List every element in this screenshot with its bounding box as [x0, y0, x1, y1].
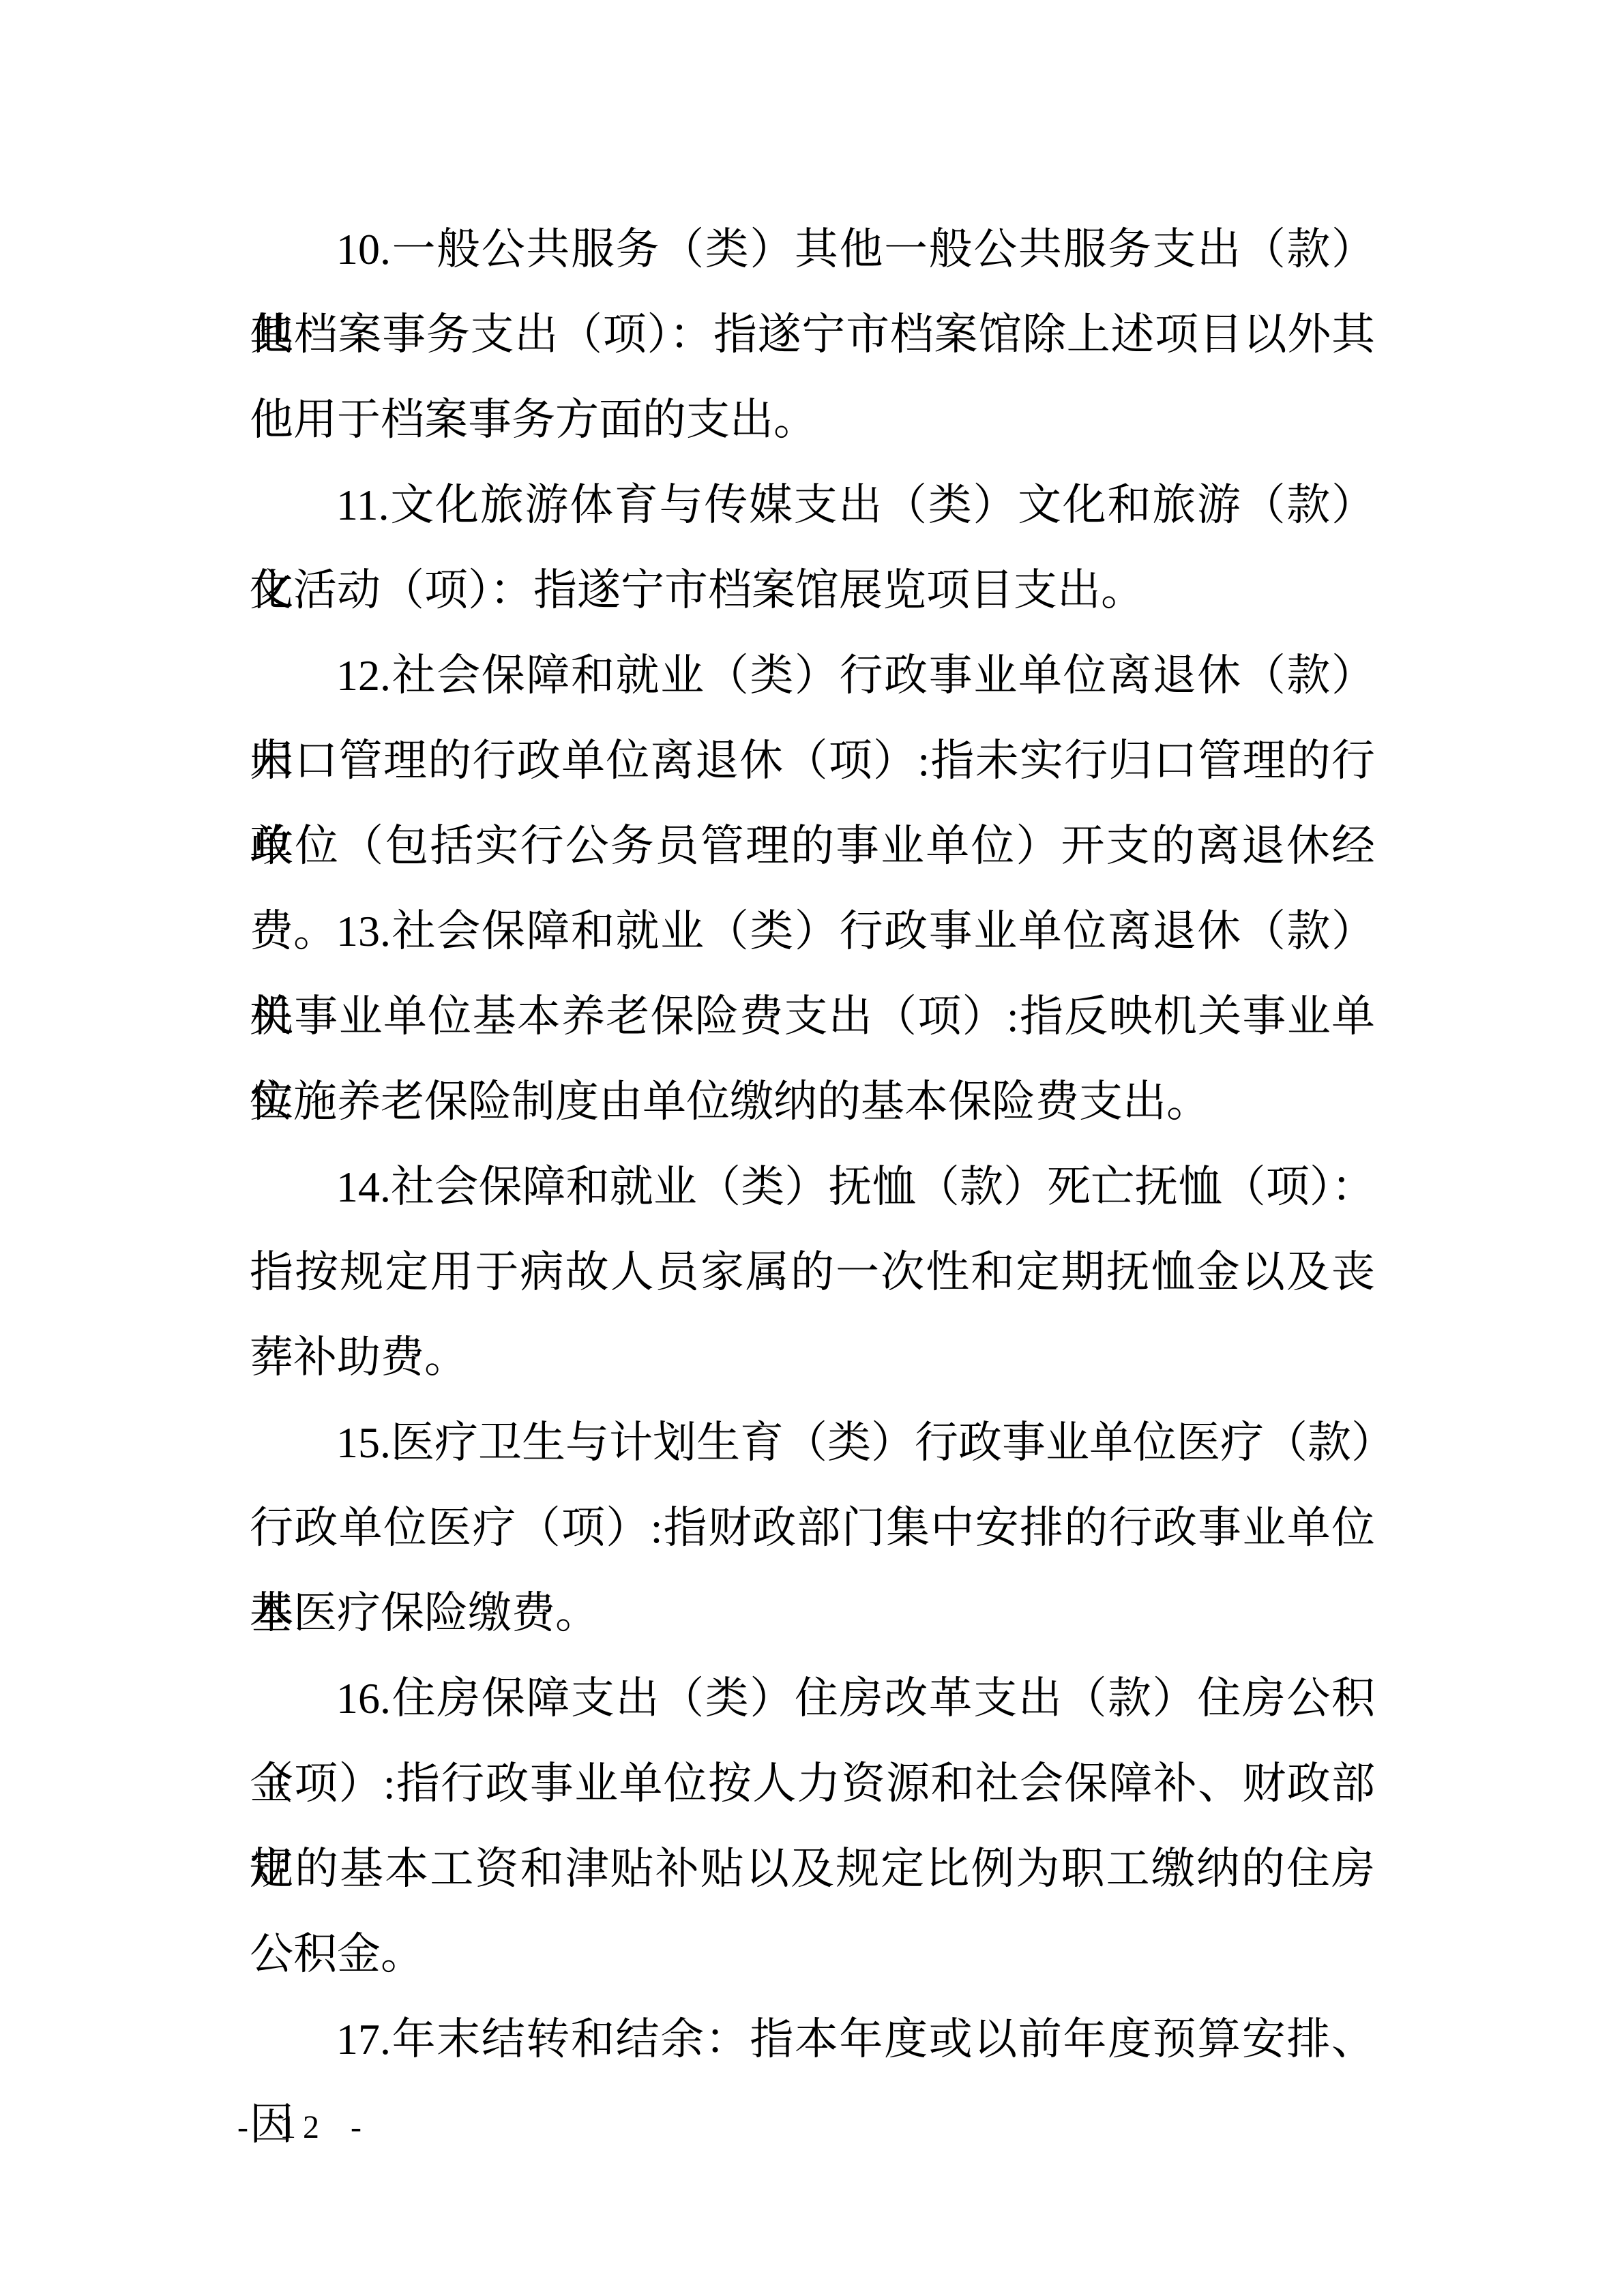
text-line: 11.文化旅游体育与传媒支出（类）文化和旅游（款）文: [250, 462, 1375, 548]
text-line: 归口管理的行政单位离退休（项）:指未实行归口管理的行政: [250, 718, 1375, 803]
text-line: 葬补助费。: [250, 1315, 1375, 1400]
paragraph-13: 13.社会保障和就业（类）行政事业单位离退休（款）机关事业单位基本养老保险费支出…: [250, 889, 1375, 1144]
text-line: 他档案事务支出（项）：指遂宁市档案馆除上述项目以外其: [250, 292, 1375, 377]
text-line: 关事业单位基本养老保险费支出（项）:指反映机关事业单位: [250, 974, 1375, 1059]
text-line: 行政单位医疗（项）:指财政部门集中安排的行政事业单位基: [250, 1485, 1375, 1570]
paragraph-15: 15.医疗卫生与计划生育（类）行政事业单位医疗（款）行政单位医疗（项）:指财政部…: [250, 1400, 1375, 1656]
text-line: 化活动（项）：指遂宁市档案馆展览项目支出。: [250, 548, 1375, 633]
paragraph-16: 16.住房保障支出（类）住房改革支出（款）住房公积金（项）:指行政事业单位按人力…: [250, 1656, 1375, 1997]
text-line: 本医疗保险缴费。: [250, 1570, 1375, 1656]
text-line: 16.住房保障支出（类）住房改革支出（款）住房公积金: [250, 1656, 1375, 1741]
text-line: （项）:指行政事业单位按人力资源和社会保障补、财政部规: [250, 1741, 1375, 1826]
paragraph-11: 11.文化旅游体育与传媒支出（类）文化和旅游（款）文化活动（项）：指遂宁市档案馆…: [250, 462, 1375, 633]
text-line: 实施养老保险制度由单位缴纳的基本保险费支出。: [250, 1059, 1375, 1144]
text-line: 17.年末结转和结余：指本年度或以前年度预算安排、因: [250, 1997, 1375, 2082]
text-line: 13.社会保障和就业（类）行政事业单位离退休（款）机: [250, 889, 1375, 974]
text-line: 定的基本工资和津贴补贴以及规定比例为职工缴纳的住房: [250, 1826, 1375, 1911]
text-line: 15.医疗卫生与计划生育（类）行政事业单位医疗（款）: [250, 1400, 1375, 1485]
paragraph-10: 10.一般公共服务（类）其他一般公共服务支出（款）其他档案事务支出（项）：指遂宁…: [250, 207, 1375, 462]
document-page: 10.一般公共服务（类）其他一般公共服务支出（款）其他档案事务支出（项）：指遂宁…: [0, 0, 1624, 2296]
text-line: 14.社会保障和就业（类）抚恤（款）死亡抚恤（项）：: [250, 1144, 1375, 1229]
text-block: 10.一般公共服务（类）其他一般公共服务支出（款）其他档案事务支出（项）：指遂宁…: [250, 207, 1375, 2082]
paragraph-14: 14.社会保障和就业（类）抚恤（款）死亡抚恤（项）：指按规定用于病故人员家属的一…: [250, 1144, 1375, 1400]
paragraph-17: 17.年末结转和结余：指本年度或以前年度预算安排、因: [250, 1997, 1375, 2082]
text-line: 12.社会保障和就业（类）行政事业单位离退休（款）未: [250, 633, 1375, 718]
page-number: - 12 -: [237, 2108, 368, 2147]
text-line: 指按规定用于病故人员家属的一次性和定期抚恤金以及丧: [250, 1229, 1375, 1315]
paragraph-12: 12.社会保障和就业（类）行政事业单位离退休（款）未归口管理的行政单位离退休（项…: [250, 633, 1375, 889]
text-line: 单位（包括实行公务员管理的事业单位）开支的离退休经费。: [250, 803, 1375, 889]
text-line: 他用于档案事务方面的支出。: [250, 377, 1375, 462]
text-line: 公积金。: [250, 1911, 1375, 1997]
text-line: 10.一般公共服务（类）其他一般公共服务支出（款）其: [250, 207, 1375, 292]
